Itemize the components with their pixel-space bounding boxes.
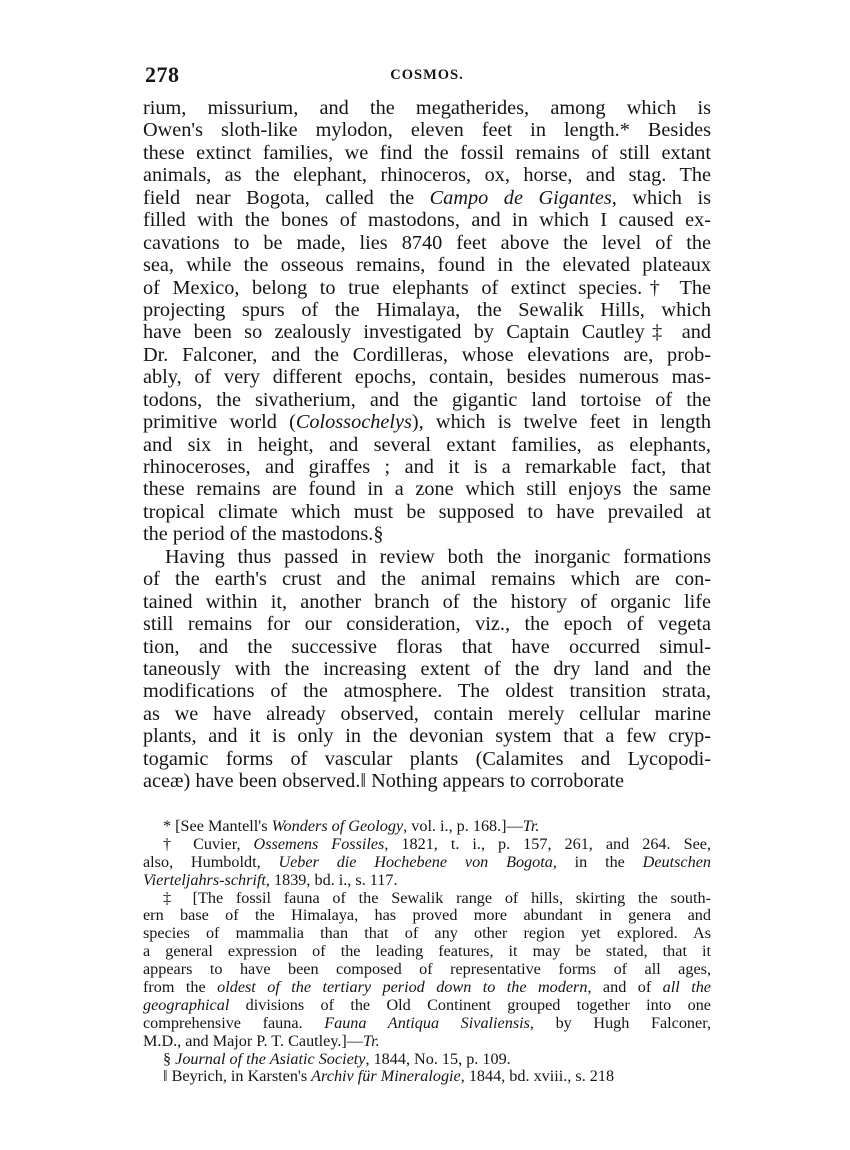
body-line: these extinct families, we find the foss… [143,142,711,164]
body-line: taneously with the increasing extent of … [143,658,711,680]
footnote-line: ern base of the Himalaya, has proved mor… [143,907,711,925]
footnote-line: M.D., and Major P. T. Cautley.]—Tr. [143,1033,711,1051]
footnote-line: a general expression of the leading feat… [143,943,711,961]
footnote-line: from the oldest of the tertiary period d… [143,979,711,997]
body-line: and six in height, and several extant fa… [143,434,711,456]
body-line: animals, as the elephant, rhinoceros, ox… [143,164,711,186]
footnotes: * [See Mantell's Wonders of Geology, vol… [143,818,711,1086]
body-line: filled with the bones of mastodons, and … [143,209,711,231]
body-line: of the earth's crust and the animal rema… [143,568,711,590]
footnote-line: * [See Mantell's Wonders of Geology, vol… [143,818,711,836]
footnote-line: comprehensive fauna. Fauna Antiqua Sival… [143,1015,711,1033]
footnote-line: appears to have been composed of represe… [143,961,711,979]
footnote-line: geographical divisions of the Old Contin… [143,997,711,1015]
body-line: todons, the sivatherium, and the giganti… [143,389,711,411]
footnote-line: ‖ Beyrich, in Karsten's Archiv für Miner… [143,1068,711,1086]
body-line: Dr. Falconer, and the Cordilleras, whose… [143,344,711,366]
body-line: rium, missurium, and the megatherides, a… [143,97,711,119]
body-line: cavations to be made, lies 8740 feet abo… [143,232,711,254]
body-line: still remains for our consideration, viz… [143,613,711,635]
footnote-line: species of mammalia than that of any oth… [143,925,711,943]
body-line: these remains are found in a zone which … [143,478,711,500]
body-line: tropical climate which must be supposed … [143,501,711,523]
body-line: tion, and the successive floras that hav… [143,636,711,658]
body-line: rhinoceroses, and giraffes ; and it is a… [143,456,711,478]
footnote-line: Vierteljahrs-schrift, 1839, bd. i., s. 1… [143,872,711,890]
body-line: as we have already observed, contain mer… [143,703,711,725]
footnote-line: ‡ [The fossil fauna of the Sewalik range… [143,890,711,908]
footnote-line: † Cuvier, Ossemens Fossiles, 1821, t. i.… [143,836,711,854]
body-line: of Mexico, belong to true elephants of e… [143,277,711,299]
body-line: modifications of the atmosphere. The old… [143,680,711,702]
footnote-line: also, Humboldt, Ueber die Hochebene von … [143,854,711,872]
body-text: rium, missurium, and the megatherides, a… [143,97,711,793]
body-line: tained within it, another branch of the … [143,591,711,613]
body-line: have been so zealously investigated by C… [143,321,711,343]
body-line: Owen's sloth-like mylodon, eleven feet i… [143,119,711,141]
body-line: field near Bogota, called the Campo de G… [143,187,711,209]
body-line: plants, and it is only in the devonian s… [143,725,711,747]
body-line: togamic forms of vascular plants (Calami… [143,748,711,770]
body-line: ably, of very different epochs, contain,… [143,366,711,388]
body-line: projecting spurs of the Himalaya, the Se… [143,299,711,321]
body-line: sea, while the osseous remains, found in… [143,254,711,276]
body-line: aceæ) have been observed.‖ Nothing appea… [143,770,711,792]
body-line: the period of the mastodons.§ [143,523,711,545]
footnote-line: § Journal of the Asiatic Society, 1844, … [143,1051,711,1069]
body-line: primitive world (Colossochelys), which i… [143,411,711,433]
page-header: 278 COSMOS. [143,62,711,88]
running-title: COSMOS. [143,67,711,84]
body-line: Having thus passed in review both the in… [143,546,711,568]
